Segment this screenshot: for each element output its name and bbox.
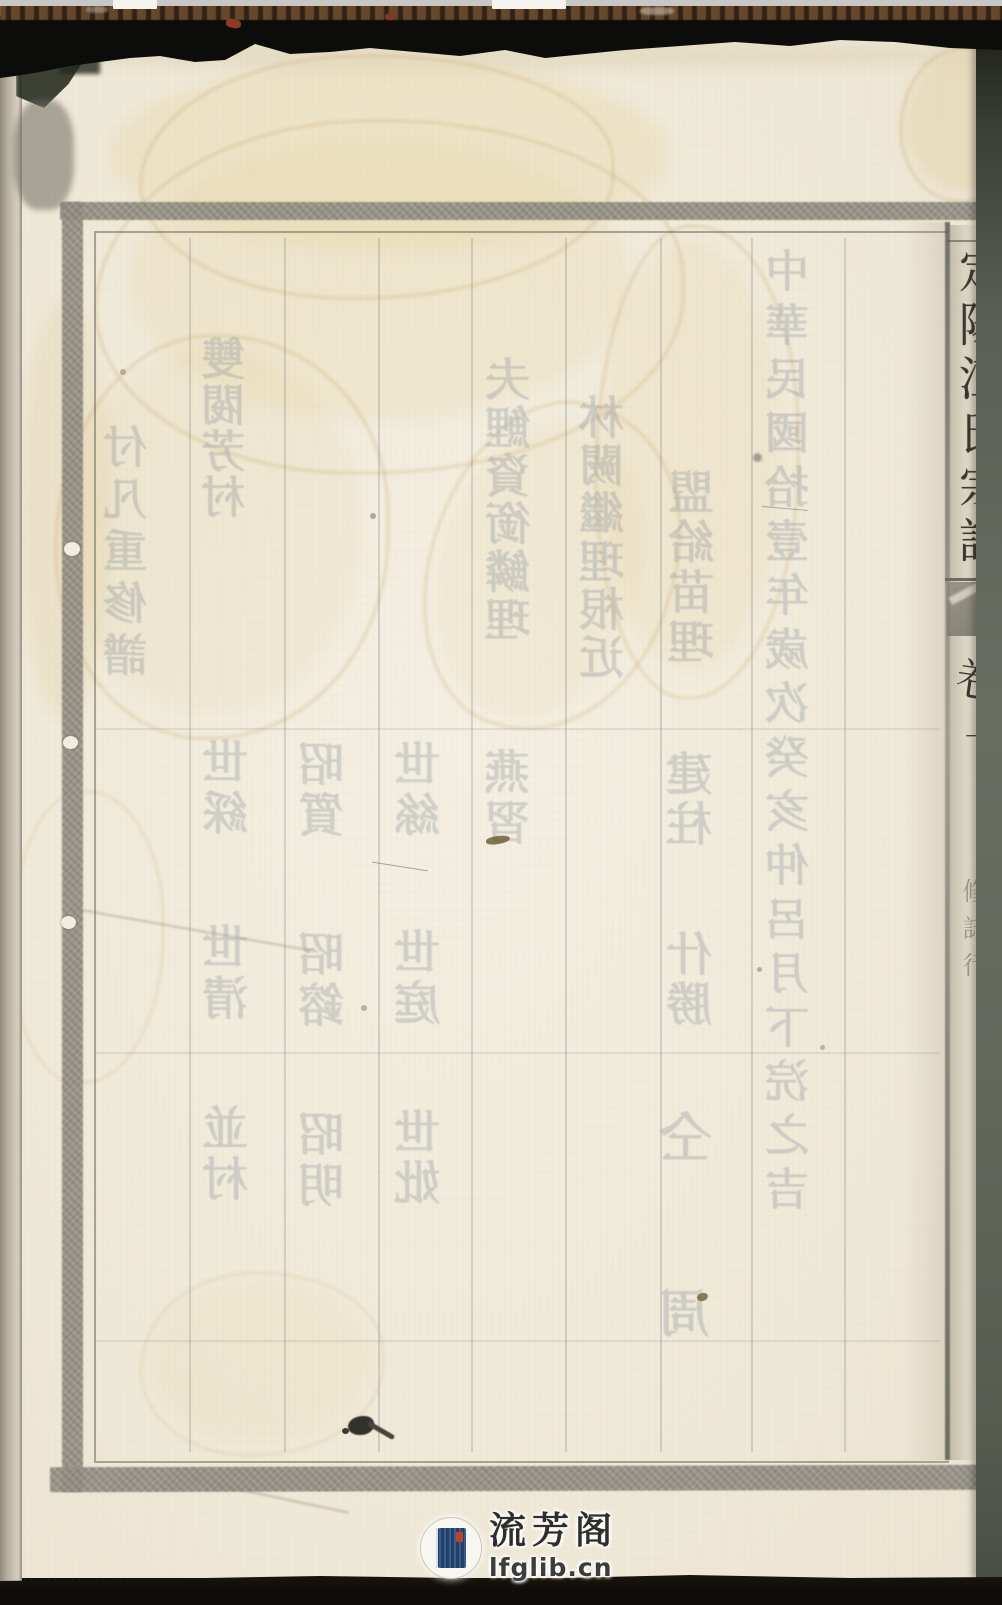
paper-speck	[361, 1005, 367, 1011]
paper-speck	[370, 513, 376, 519]
cover-worn-spot	[640, 7, 674, 15]
page-edge-shadow	[976, 0, 1002, 1578]
paper-speck	[753, 453, 762, 462]
book-icon-seal	[456, 1532, 463, 1542]
frame-bottom-bar	[50, 1465, 998, 1492]
frame-left-bar	[62, 202, 83, 1492]
cover-worn-spot	[86, 6, 108, 13]
binding-hole	[61, 916, 76, 929]
binding-hole	[64, 542, 80, 556]
paper-speck	[120, 369, 126, 375]
watermark-text: 流芳阁 lfglib.cn	[489, 1513, 618, 1582]
binding-hole	[63, 736, 78, 749]
watermark-site-name: 流芳阁	[489, 1513, 618, 1550]
paper-speck	[820, 1045, 825, 1050]
scanner-tab	[113, 0, 157, 9]
watermark: 流芳阁 lfglib.cn	[420, 1513, 618, 1582]
scanned-genealogy-page: 中華民國拾壹年歲次癸亥仲呂月下浣之吉盟給苗理建柱什勝仝周林闕繼理根近夫鯉資銜鱗理…	[0, 0, 1002, 1605]
paper-speck	[757, 967, 762, 972]
ink-blot-dot	[342, 1428, 349, 1434]
frame-inner-line	[94, 231, 949, 1463]
underpages-left-edge	[0, 0, 22, 1605]
watermark-badge	[420, 1517, 482, 1579]
frame-top-bar	[60, 202, 1002, 220]
scanner-tab	[492, 0, 566, 9]
page-curve-shadow	[903, 222, 945, 1460]
watermark-site-domain: lfglib.cn	[489, 1553, 613, 1582]
book-icon	[436, 1528, 466, 1568]
